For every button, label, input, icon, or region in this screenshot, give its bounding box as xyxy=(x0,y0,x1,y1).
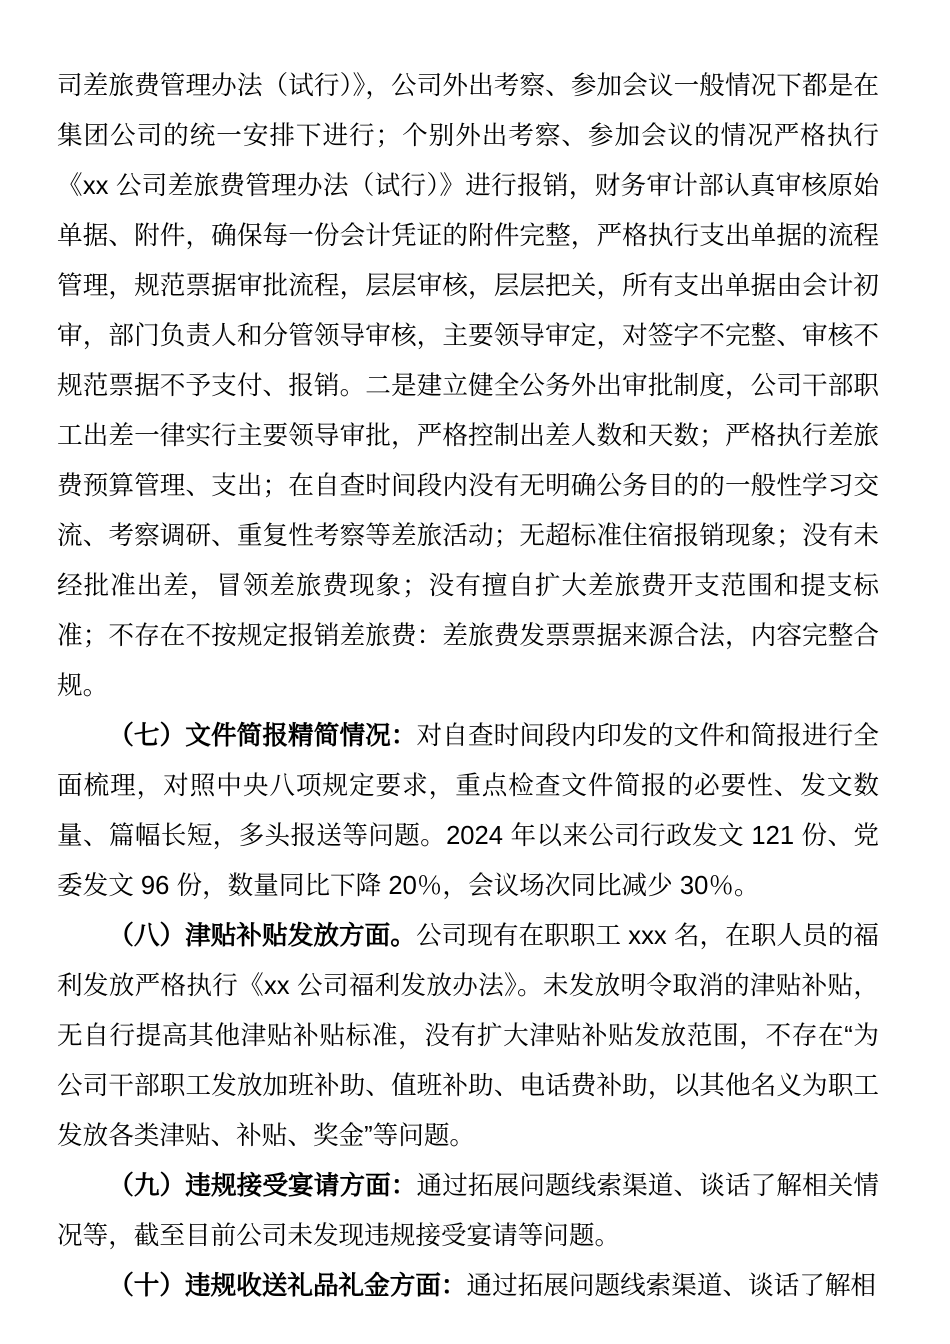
paragraph-text: 公司现有在职职工 xxx 名，在职人员的福利发放严格执行《xx 公司福利发放办法… xyxy=(57,922,879,1150)
paragraph-text: 通过拓展问题线索渠道、谈话了解相 xyxy=(467,1272,877,1300)
section-8-heading: （八）津贴补贴发放方面。 xyxy=(108,922,416,950)
section-7-heading: （七）文件简报精简情况： xyxy=(108,722,416,750)
section-7-paragraph: （七）文件简报精简情况：对自查时间段内印发的文件和简报进行全面梳理，对照中央八项… xyxy=(57,711,879,911)
section-8-paragraph: （八）津贴补贴发放方面。公司现有在职职工 xxx 名，在职人员的福利发放严格执行… xyxy=(57,911,879,1161)
section-10-paragraph: （十）违规收送礼品礼金方面：通过拓展问题线索渠道、谈话了解相 xyxy=(57,1261,879,1311)
document-body: 司差旅费管理办法（试行）》，公司外出考察、参加会议一般情况下都是在集团公司的统一… xyxy=(57,61,879,1311)
section-9-heading: （九）违规接受宴请方面： xyxy=(108,1172,416,1200)
continuation-paragraph: 司差旅费管理办法（试行）》，公司外出考察、参加会议一般情况下都是在集团公司的统一… xyxy=(57,61,879,711)
section-9-paragraph: （九）违规接受宴请方面：通过拓展问题线索渠道、谈话了解相关情况等，截至目前公司未… xyxy=(57,1161,879,1261)
paragraph-text: 司差旅费管理办法（试行）》，公司外出考察、参加会议一般情况下都是在集团公司的统一… xyxy=(57,72,879,700)
section-10-heading: （十）违规收送礼品礼金方面： xyxy=(108,1272,466,1300)
document-page: 司差旅费管理办法（试行）》，公司外出考察、参加会议一般情况下都是在集团公司的统一… xyxy=(0,0,950,1344)
